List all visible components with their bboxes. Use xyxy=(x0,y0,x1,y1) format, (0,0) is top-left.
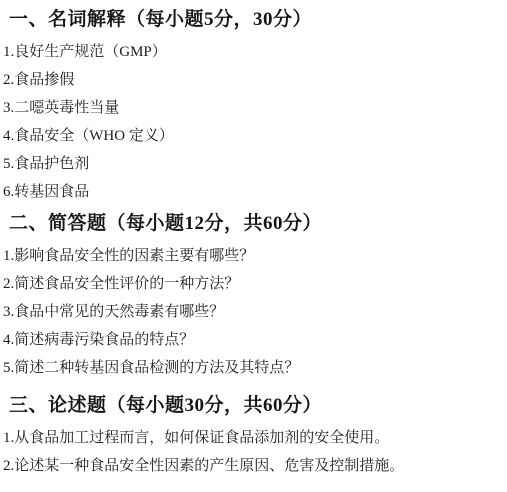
section-2: 二、简答题（每小题12分，共60分）1.影响食品安全性的因素主要有哪些？2.简述… xyxy=(3,206,503,382)
section-heading: 三、论述题（每小题30分，共60分） xyxy=(3,388,503,424)
question-item: 1.良好生产规范（GMP） xyxy=(3,38,503,66)
question-item: 2.论述某一种食品安全性因素的产生原因、危害及控制措施。 xyxy=(3,452,503,480)
section-heading: 二、简答题（每小题12分，共60分） xyxy=(3,206,503,242)
question-item: 1.从食品加工过程而言，如何保证食品添加剂的安全使用。 xyxy=(3,424,503,452)
section-3: 三、论述题（每小题30分，共60分）1.从食品加工过程而言，如何保证食品添加剂的… xyxy=(3,388,503,480)
question-item: 2.简述食品安全性评价的一种方法？ xyxy=(3,270,503,298)
question-item: 5.简述二种转基因食品检测的方法及其特点？ xyxy=(3,354,503,382)
question-item: 6.转基因食品 xyxy=(3,178,503,206)
section-1: 一、名词解释（每小题5分，30分）1.良好生产规范（GMP）2.食品掺假3.二噁… xyxy=(3,2,503,206)
question-item: 3.二噁英毒性当量 xyxy=(3,94,503,122)
question-item: 4.简述病毒污染食品的特点？ xyxy=(3,326,503,354)
question-item: 2.食品掺假 xyxy=(3,66,503,94)
question-item: 4.食品安全（WHO 定义） xyxy=(3,122,503,150)
question-item: 5.食品护色剂 xyxy=(3,150,503,178)
exam-paper-page: 一、名词解释（每小题5分，30分）1.良好生产规范（GMP）2.食品掺假3.二噁… xyxy=(0,0,507,492)
question-item: 1.影响食品安全性的因素主要有哪些？ xyxy=(3,242,503,270)
question-item: 3.食品中常见的天然毒素有哪些？ xyxy=(3,298,503,326)
section-heading: 一、名词解释（每小题5分，30分） xyxy=(3,2,503,38)
